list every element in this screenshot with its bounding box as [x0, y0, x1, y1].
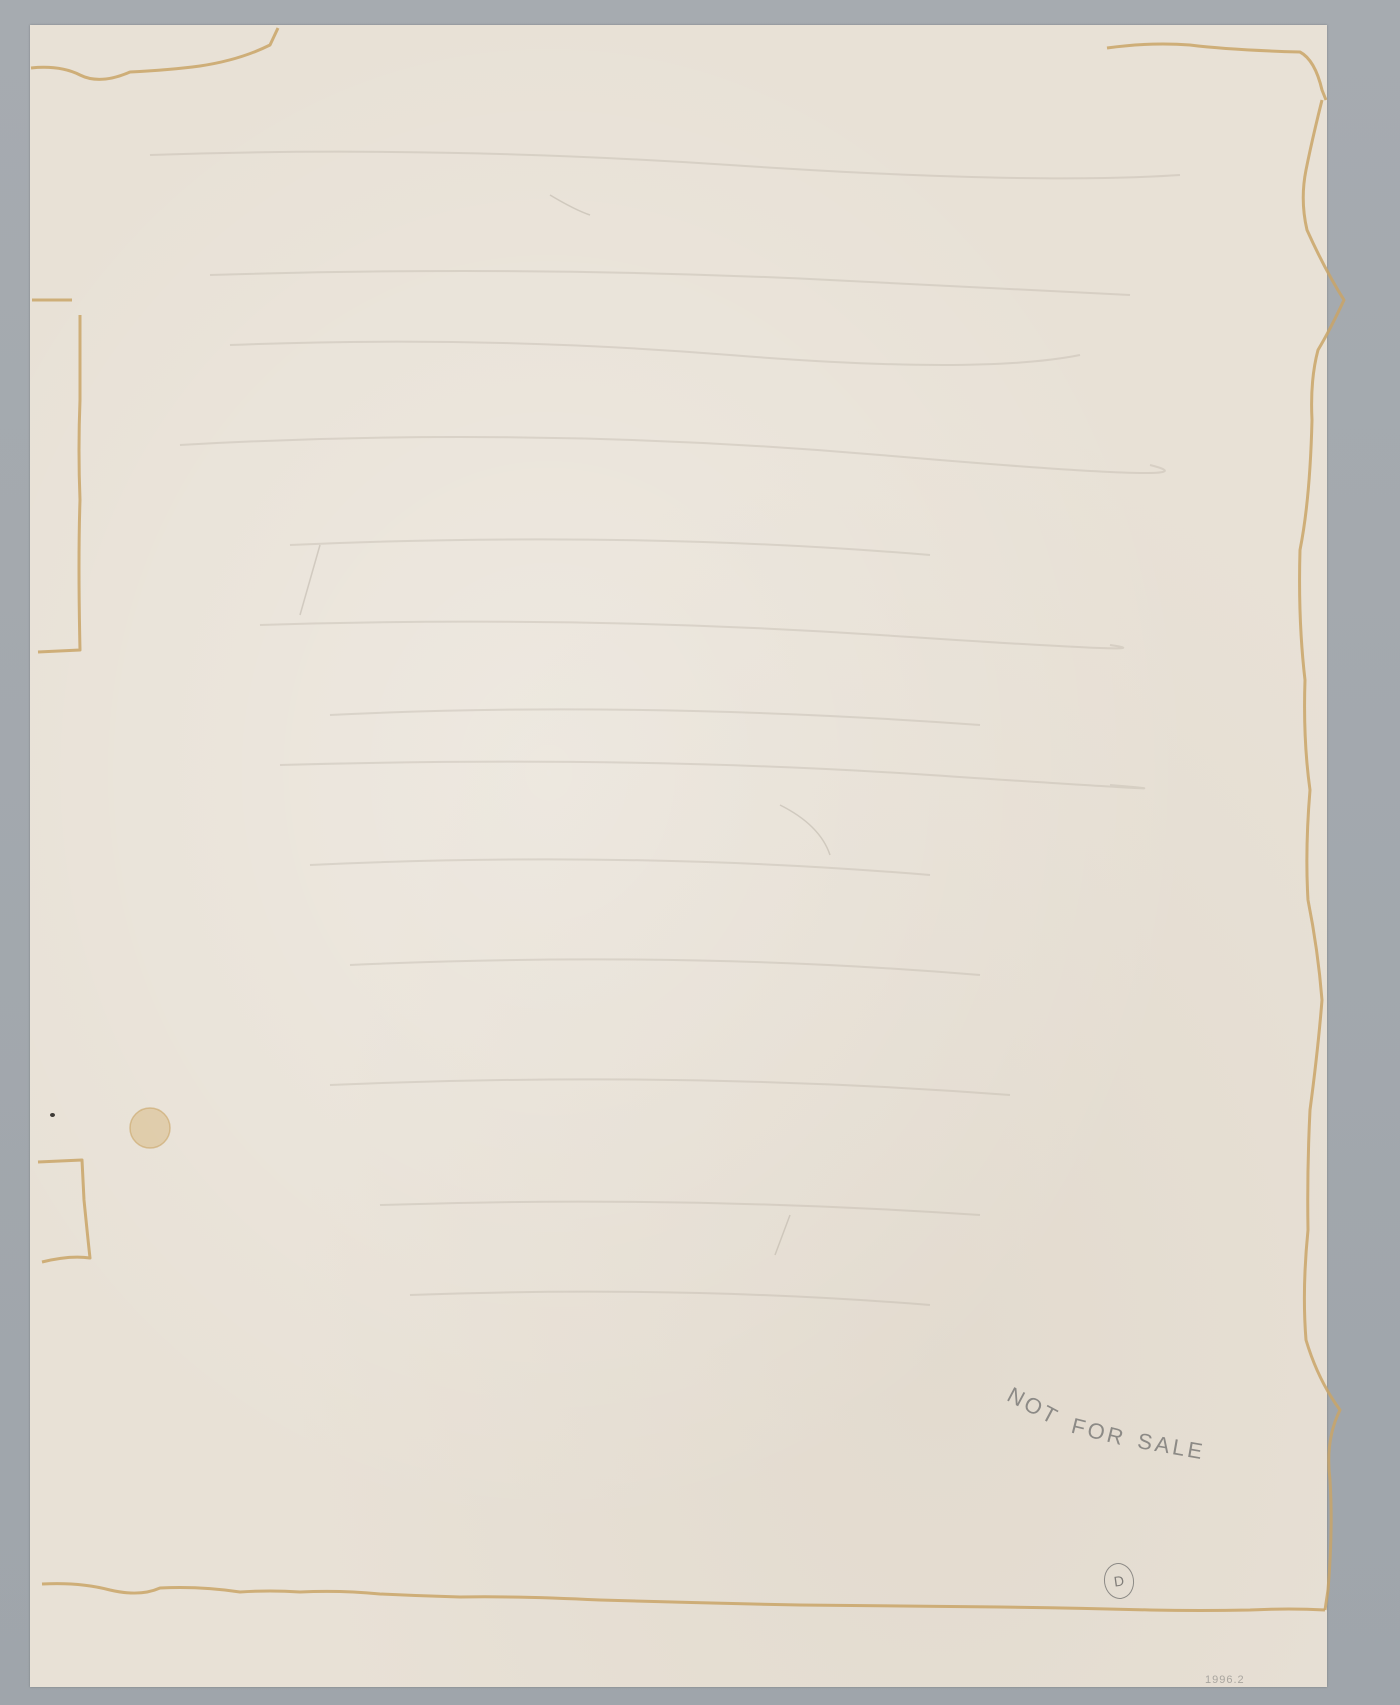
ink-speck — [50, 1113, 55, 1117]
paper-sheet — [30, 25, 1327, 1687]
inventory-number: 1996.2 — [1205, 1674, 1245, 1686]
paper-texture — [30, 25, 1327, 1687]
circled-letter: D — [1113, 1572, 1125, 1589]
